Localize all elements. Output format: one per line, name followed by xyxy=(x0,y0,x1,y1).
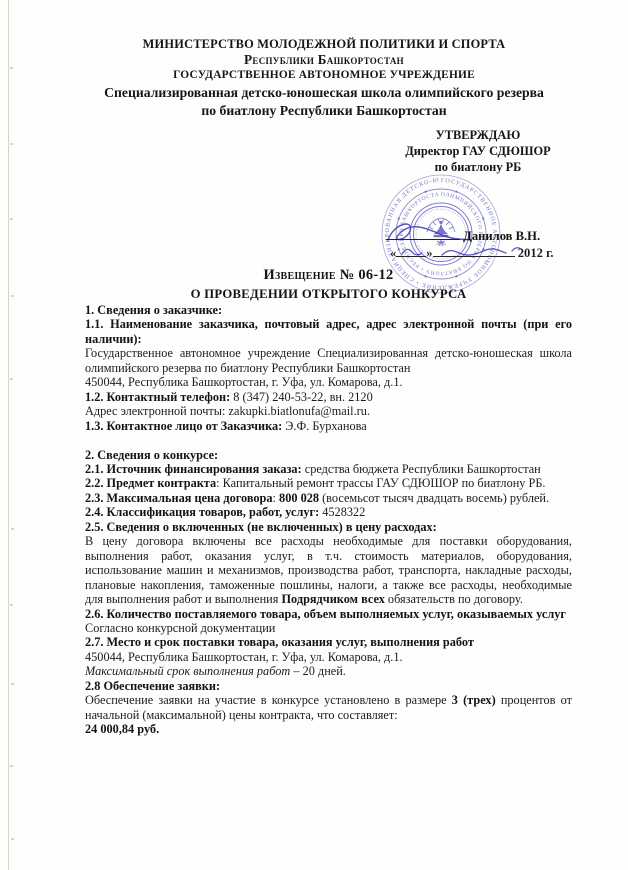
notice-subject: О ПРОВЕДЕНИИ ОТКРЫТОГО КОНКУРСА xyxy=(85,286,572,303)
date-month-line xyxy=(433,245,515,257)
clause-2-8-amount: 24 000,84 руб. xyxy=(85,722,572,736)
text-run: 2.5. Сведения о включенных (не включенны… xyxy=(85,520,437,534)
text-run: 3 (трех) xyxy=(452,693,496,707)
margin-mark xyxy=(11,683,14,685)
clause-2-3-price: 2.3. Максимальная цена договора: 800 028… xyxy=(85,491,572,505)
text-run: 450044, Республика Башкортостан, г. Уфа,… xyxy=(85,375,403,389)
text-run: (восемьсот тысяч двадцать восемь) рублей… xyxy=(319,491,549,505)
clause-2-7-term: Максимальный срок выполнения работ – 20 … xyxy=(85,664,572,678)
signature-row: Данилов В.Н. xyxy=(386,228,568,244)
letterhead-school-name: Специализированная детско-юношеская школ… xyxy=(70,84,578,102)
margin-mark xyxy=(10,218,13,220)
text-run: : Капитальный ремонт трассы ГАУ СДЮШОР п… xyxy=(216,476,545,490)
clause-1-1-value-address: 450044, Республика Башкортостан, г. Уфа,… xyxy=(85,375,572,389)
text-run: 450044, Республика Башкортостан, г. Уфа,… xyxy=(85,650,403,664)
clause-2-6-value: Согласно конкурсной документации xyxy=(85,621,572,635)
scanned-document-page: МИНИСТЕРСТВО МОЛОДЕЖНОЙ ПОЛИТИКИ И СПОРТ… xyxy=(0,0,628,870)
clause-2-5-label: 2.5. Сведения о включенных (не включенны… xyxy=(85,520,572,534)
date-row: «» 2012 г. xyxy=(390,245,572,261)
page-edge-shadow xyxy=(8,0,9,870)
clause-2-6-label: 2.6. Количество поставляемого товара, об… xyxy=(85,607,572,621)
text-run: 2.7. Место и срок поставки товара, оказа… xyxy=(85,635,474,649)
letterhead-school-name2: по биатлону Республики Башкортостан xyxy=(70,102,578,120)
margin-mark xyxy=(10,378,13,380)
text-run: Максимальный срок выполнения работ xyxy=(85,664,290,678)
clause-2-8-label: 2.8 Обеспечение заявки: xyxy=(85,679,572,693)
clause-1-2-phone: 1.2. Контактный телефон: 8 (347) 240-53-… xyxy=(85,390,572,404)
clause-1-3-contact: 1.3. Контактное лицо от Заказчика: Э.Ф. … xyxy=(85,419,572,433)
text-run: Согласно конкурсной документации xyxy=(85,621,275,635)
text-run: 2.4. Классификация товаров, работ, услуг… xyxy=(85,505,319,519)
approval-director: Директор ГАУ СДЮШОР xyxy=(388,143,568,159)
letterhead: МИНИСТЕРСТВО МОЛОДЕЖНОЙ ПОЛИТИКИ И СПОРТ… xyxy=(70,36,578,120)
text-run: 2.2. Предмет контракта xyxy=(85,476,216,490)
text-run: 24 000,84 руб. xyxy=(85,722,159,736)
text-run: – 20 дней. xyxy=(290,664,346,678)
clause-2-5-text: В цену договора включены все расходы нео… xyxy=(85,534,572,606)
text-run: средства бюджета Республики Башкортостан xyxy=(302,462,541,476)
text-run: 8 (347) 240-53-22, вн. 2120 xyxy=(230,390,373,404)
approval-block: УТВЕРЖДАЮ Директор ГАУ СДЮШОР по биатлон… xyxy=(388,127,568,175)
clause-2-7-label: 2.7. Место и срок поставки товара, оказа… xyxy=(85,635,572,649)
text-run: 1.2. Контактный телефон: xyxy=(85,390,230,404)
margin-mark xyxy=(11,295,14,297)
clause-1-2-email: Адрес электронной почты: zakupki.biatlon… xyxy=(85,404,572,418)
section-2-heading: 2. Сведения о конкурсе: xyxy=(85,448,572,462)
text-run: 2.6. Количество поставляемого товара, об… xyxy=(85,607,566,621)
letterhead-ministry: МИНИСТЕРСТВО МОЛОДЕЖНОЙ ПОЛИТИКИ И СПОРТ… xyxy=(70,36,578,52)
margin-mark xyxy=(10,67,13,69)
signature-line xyxy=(386,228,460,240)
text-run: Адрес электронной почты: zakupki.biatlon… xyxy=(85,404,370,418)
clause-2-8-text: Обеспечение заявки на участие в конкурсе… xyxy=(85,693,572,722)
clause-2-4-classification: 2.4. Классификация товаров, работ, услуг… xyxy=(85,505,572,519)
text-run: 1. Сведения о заказчике: xyxy=(85,303,222,317)
text-run: 2.8 Обеспечение заявки: xyxy=(85,679,220,693)
clause-2-7-address: 450044, Республика Башкортостан, г. Уфа,… xyxy=(85,650,572,664)
margin-mark xyxy=(10,765,13,767)
text-run: Обеспечение заявки на участие в конкурсе… xyxy=(85,693,452,707)
text-run: 1.3. Контактное лицо от Заказчика: xyxy=(85,419,282,433)
notice-number: Извещение № 06-12 xyxy=(85,267,572,284)
text-run: Государственное автономное учреждение Сп… xyxy=(85,346,572,374)
text-run: 2.1. Источник финансирования заказа: xyxy=(85,462,302,476)
document-title: Извещение № 06-12 О ПРОВЕДЕНИИ ОТКРЫТОГО… xyxy=(85,267,572,303)
approval-word: УТВЕРЖДАЮ xyxy=(388,127,568,143)
clause-1-1-label: 1.1. Наименование заказчика, почтовый ад… xyxy=(85,317,572,346)
text-run: 2. Сведения о конкурсе: xyxy=(85,448,218,462)
text-run: Подрядчиком всех xyxy=(281,592,384,606)
date-day-line xyxy=(396,245,426,257)
margin-mark xyxy=(11,528,14,530)
letterhead-republic: Республики Башкортостан xyxy=(70,52,578,68)
margin-mark xyxy=(10,143,13,145)
date-year: 2012 г. xyxy=(518,246,554,260)
margin-mark xyxy=(10,604,13,606)
text-run: обязательств по договору. xyxy=(385,592,523,606)
text-run: 1.1. Наименование заказчика, почтовый ад… xyxy=(85,317,572,345)
clause-2-1-funding: 2.1. Источник финансирования заказа: сре… xyxy=(85,462,572,476)
text-run: 800 028 xyxy=(279,491,319,505)
section-1-heading: 1. Сведения о заказчике: xyxy=(85,303,572,317)
director-name: Данилов В.Н. xyxy=(463,229,540,243)
text-run: 2.3. Максимальная цена договора xyxy=(85,491,273,505)
letterhead-institution: ГОСУДАРСТВЕННОЕ АВТОНОМНОЕ УЧРЕЖДЕНИЕ xyxy=(70,68,578,83)
text-run: Э.Ф. Бурханова xyxy=(282,419,366,433)
document-body: 1. Сведения о заказчике:1.1. Наименовани… xyxy=(85,303,572,737)
margin-mark xyxy=(11,838,14,840)
clause-1-1-value-org: Государственное автономное учреждение Сп… xyxy=(85,346,572,375)
text-run: 4528322 xyxy=(319,505,365,519)
clause-2-2-subject: 2.2. Предмет контракта: Капитальный ремо… xyxy=(85,476,572,490)
